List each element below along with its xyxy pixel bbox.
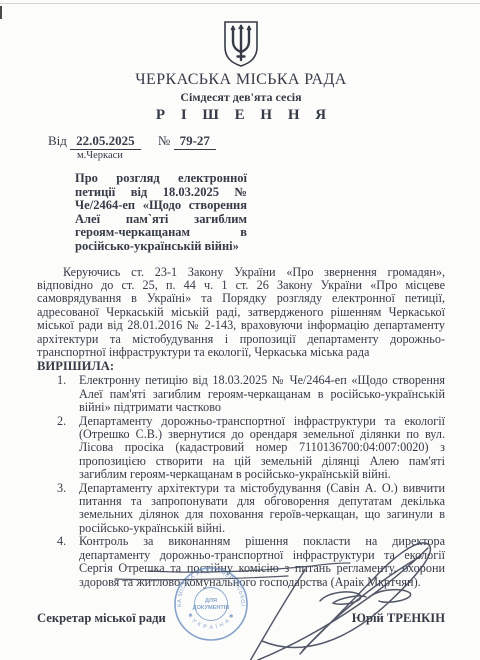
item-text: Департаменту дорожньо-транспортної інфра… — [79, 415, 445, 482]
preamble-paragraph: Керуючись ст. 23-1 Закону України «Про з… — [37, 266, 445, 360]
scan-artifact-nick — [0, 6, 2, 19]
document-content: ЧЕРКАСЬКА МІСЬКА РАДА Сімдесят дев'ята с… — [37, 0, 445, 626]
number-label: № — [158, 133, 170, 148]
session-title: Сімдесят дев'ята сесія — [37, 90, 445, 105]
subject-block: Про розгляд електронної петиції від 18.0… — [75, 172, 247, 254]
item-text: Електронну петицію від 18.03.2025 № Че/2… — [79, 374, 445, 414]
stamp-center-line1: ДЛЯ — [205, 598, 217, 604]
doc-number: 79-27 — [174, 133, 216, 150]
org-name: ЧЕРКАСЬКА МІСЬКА РАДА — [37, 71, 445, 89]
official-stamp: ЧЕРКАСЬКА МІСЬКА РАДА • ЧЕРКАСЬКОЇ ОБЛАС… — [161, 554, 261, 654]
signatory-title: Секретар міської ради — [37, 611, 166, 626]
item-text: Контроль за виконанням рішення покласти … — [79, 535, 445, 589]
list-item: 2. Департаменту дорожньо-транспортної ін… — [57, 415, 445, 482]
trident-emblem-icon — [222, 20, 260, 67]
stamp-ring-text: ЧЕРКАСЬКА МІСЬКА РАДА • ЧЕРКАСЬКОЇ ОБЛАС… — [161, 554, 246, 609]
date-label: Від — [48, 133, 67, 148]
city-label: м.Черкаси — [77, 150, 445, 161]
item-number: 3. — [57, 482, 79, 536]
list-item: 3. Департаменту архітектури та містобуду… — [57, 482, 445, 536]
item-number: 1. — [57, 374, 79, 414]
signatory-name: Юрій ТРЕНКІН — [352, 611, 445, 626]
svg-text:✱ У К Р А Ї Н А ✱: ✱ У К Р А Ї Н А ✱ — [186, 612, 236, 631]
item-number: 4. — [57, 535, 79, 589]
stamp-center-line2: ДОКУМЕНТІВ — [193, 605, 230, 611]
item-text: Департаменту архітектури та містобудуван… — [79, 482, 445, 536]
svg-text:ЧЕРКАСЬКА МІСЬКА РАДА • ЧЕРКАС: ЧЕРКАСЬКА МІСЬКА РАДА • ЧЕРКАСЬКОЇ ОБЛАС… — [161, 554, 246, 609]
date-value: 22.05.2025 — [70, 133, 141, 150]
doc-type-title: Р І Ш Е Н Н Я — [37, 107, 445, 124]
item-number: 2. — [57, 415, 79, 482]
document-page: ЧЕРКАСЬКА МІСЬКА РАДА Сімдесят дев'ята с… — [0, 0, 480, 660]
decision-heading: ВИРІШИЛА: — [37, 359, 445, 373]
date-line: Від 22.05.2025 № 79-27 — [37, 133, 445, 149]
stamp-bottom-text: ✱ У К Р А Ї Н А ✱ — [186, 612, 236, 631]
list-item: 1. Електронну петицію від 18.03.2025 № Ч… — [57, 374, 445, 414]
